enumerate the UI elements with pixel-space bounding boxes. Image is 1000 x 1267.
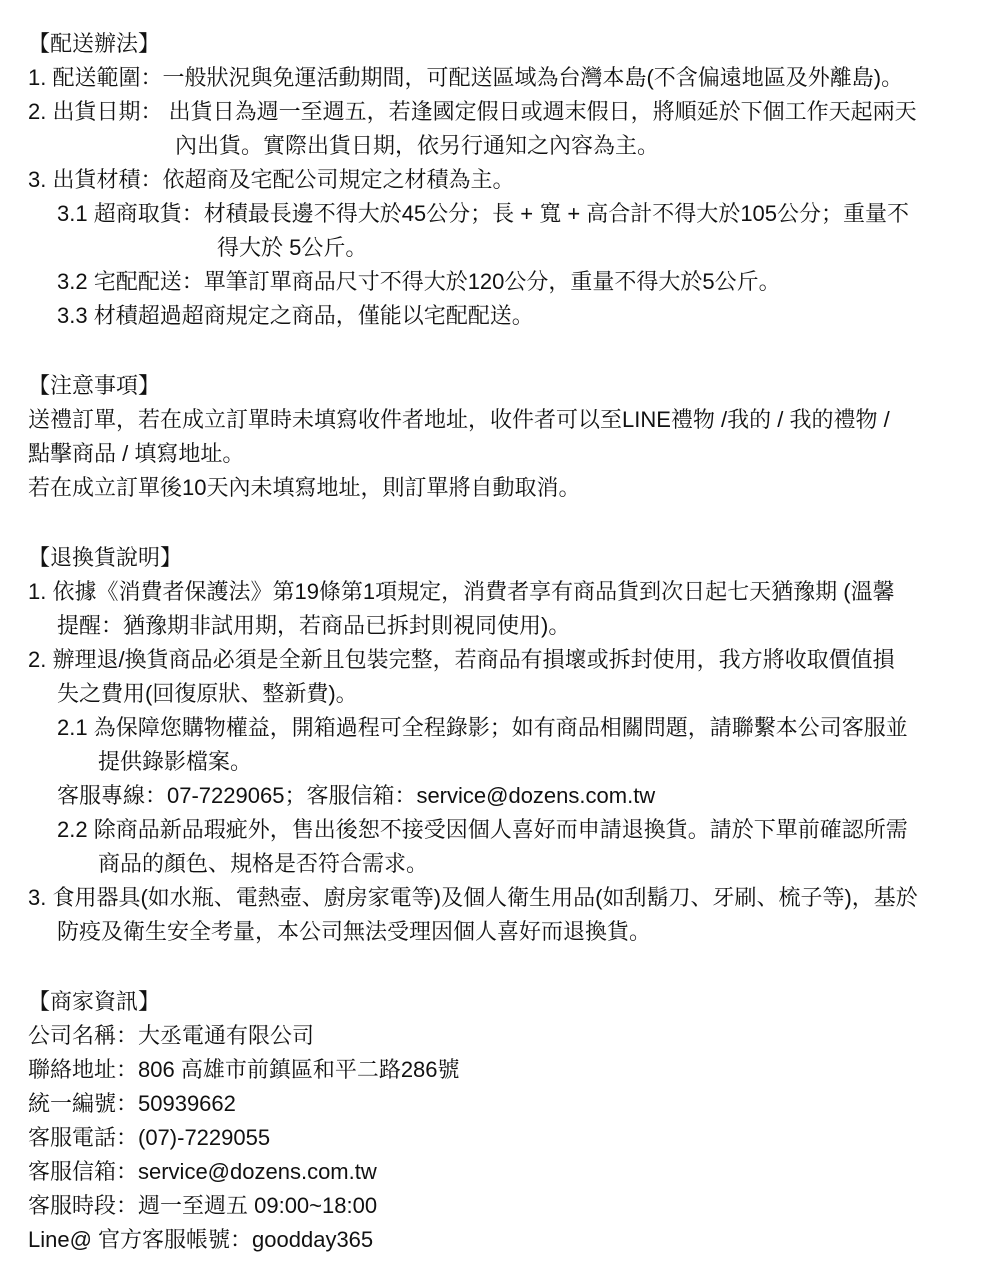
text-line: 內出貨。實際出貨日期，依另行通知之內容為主。: [28, 129, 990, 163]
text-line: 提醒：猶豫期非試用期，若商品已拆封則視同使用)。: [28, 609, 990, 643]
section-title-merchant-info: 【商家資訊】: [28, 985, 990, 1019]
text-line: 1. 依據《消費者保護法》第19條第1項規定，消費者享有商品貨到次日起七天猶豫期…: [28, 575, 990, 609]
text-line: 客服電話：(07)-7229055: [28, 1121, 990, 1155]
section-title-shipping-method: 【配送辦法】: [28, 27, 990, 61]
section-merchant-info: 【商家資訊】公司名稱：大丞電通有限公司聯絡地址：806 高雄市前鎮區和平二路28…: [28, 985, 990, 1257]
text-line: 3.1 超商取貨：材積最長邊不得大於45公分；長 + 寬 + 高合計不得大於10…: [28, 197, 990, 231]
text-line: 若在成立訂單後10天內未填寫地址，則訂單將自動取消。: [28, 471, 990, 505]
text-line: 2.1 為保障您購物權益，開箱過程可全程錄影；如有商品相關問題，請聯繫本公司客服…: [28, 711, 990, 745]
text-line: 2. 辦理退/換貨商品必須是全新且包裝完整，若商品有損壞或拆封使用，我方將收取價…: [28, 643, 990, 677]
text-line: 3. 食用器具(如水瓶、電熱壺、廚房家電等)及個人衛生用品(如刮鬍刀、牙刷、梳子…: [28, 881, 990, 915]
text-line: 客服專線：07-7229065；客服信箱：service@dozens.com.…: [28, 779, 990, 813]
section-notices: 【注意事項】送禮訂單，若在成立訂單時未填寫收件者地址，收件者可以至LINE禮物 …: [28, 369, 990, 505]
text-line: 1. 配送範圍：一般狀況與免運活動期間，可配送區域為台灣本島(不含偏遠地區及外離…: [28, 61, 990, 95]
text-line: 統一編號：50939662: [28, 1087, 990, 1121]
section-title-return-policy: 【退換貨說明】: [28, 541, 990, 575]
policy-document: 【配送辦法】1. 配送範圍：一般狀況與免運活動期間，可配送區域為台灣本島(不含偏…: [0, 0, 1000, 1257]
section-shipping-method: 【配送辦法】1. 配送範圍：一般狀況與免運活動期間，可配送區域為台灣本島(不含偏…: [28, 27, 990, 333]
text-line: 3. 出貨材積：依超商及宅配公司規定之材積為主。: [28, 163, 990, 197]
text-line: 防疫及衛生安全考量，本公司無法受理因個人喜好而退換貨。: [28, 915, 990, 949]
text-line: 2.2 除商品新品瑕疵外，售出後恕不接受因個人喜好而申請退換貨。請於下單前確認所…: [28, 813, 990, 847]
text-line: Line@ 官方客服帳號：goodday365: [28, 1223, 990, 1257]
text-line: 2. 出貨日期： 出貨日為週一至週五，若逢國定假日或週末假日，將順延於下個工作天…: [28, 95, 990, 129]
text-line: 送禮訂單，若在成立訂單時未填寫收件者地址，收件者可以至LINE禮物 /我的 / …: [28, 403, 990, 437]
text-line: 3.2 宅配配送：單筆訂單商品尺寸不得大於120公分，重量不得大於5公斤。: [28, 265, 990, 299]
text-line: 3.3 材積超過超商規定之商品，僅能以宅配配送。: [28, 299, 990, 333]
section-title-notices: 【注意事項】: [28, 369, 990, 403]
text-line: 商品的顏色、規格是否符合需求。: [28, 847, 990, 881]
section-return-policy: 【退換貨說明】1. 依據《消費者保護法》第19條第1項規定，消費者享有商品貨到次…: [28, 541, 990, 949]
text-line: 聯絡地址：806 高雄市前鎮區和平二路286號: [28, 1053, 990, 1087]
text-line: 客服信箱：service@dozens.com.tw: [28, 1155, 990, 1189]
text-line: 公司名稱：大丞電通有限公司: [28, 1019, 990, 1053]
text-line: 提供錄影檔案。: [28, 745, 990, 779]
text-line: 得大於 5公斤。: [28, 231, 990, 265]
text-line: 點擊商品 / 填寫地址。: [28, 437, 990, 471]
text-line: 失之費用(回復原狀、整新費)。: [28, 677, 990, 711]
text-line: 客服時段：週一至週五 09:00~18:00: [28, 1189, 990, 1223]
